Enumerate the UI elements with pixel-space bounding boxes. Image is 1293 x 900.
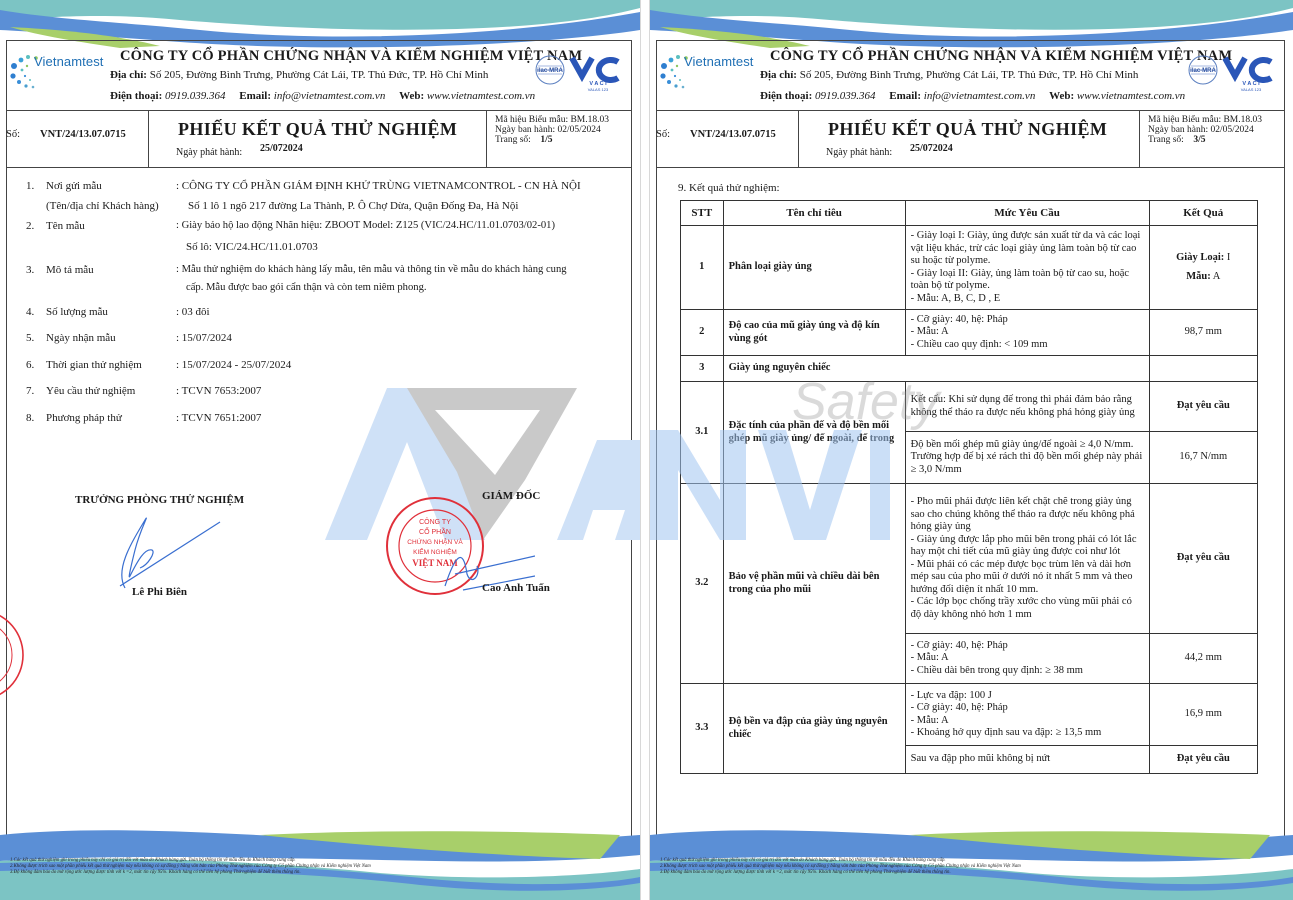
req-line: - Pho mũi phải được liên kết chặt chẽ tr… xyxy=(911,496,1144,534)
email-label: Email: xyxy=(889,90,921,102)
result-value: A xyxy=(1211,271,1221,282)
phone-value: 0919.039.364 xyxy=(815,90,876,102)
info-num: 4. xyxy=(26,306,44,318)
row-result xyxy=(1149,356,1257,382)
info-num: 6. xyxy=(26,359,44,371)
row-result: 16,9 mm xyxy=(1149,684,1257,746)
row-stt: 3.1 xyxy=(681,382,724,484)
col-name: Tên chỉ tiêu xyxy=(723,201,905,226)
info-value: cấp. Mẫu được bao gói cẩn thận và còn te… xyxy=(186,282,427,293)
info-value: : Mẫu thử nghiệm do khách hàng lấy mẫu, … xyxy=(176,264,567,275)
report-number: VNT/24/13.07.0715 xyxy=(40,129,126,140)
row-stt: 3.2 xyxy=(681,484,724,684)
info-value: : 15/07/2024 xyxy=(176,332,232,344)
row-result: Giày Loại: I Mẫu: A xyxy=(1149,226,1257,310)
row-requirement: - Lực va đập: 100 J - Cỡ giày: 40, hệ: P… xyxy=(905,684,1149,746)
row-result: Đạt yêu cầu xyxy=(1149,484,1257,634)
form-meta-box: Mã hiệu Biểu mẫu: BM.18.03 Ngày ban hành… xyxy=(1139,111,1285,167)
logo-text: Vietnamtest xyxy=(34,54,104,69)
web-value: www.vietnamtest.com.vn xyxy=(1077,90,1185,102)
issue-date-label: Ngày phát hành: xyxy=(176,147,242,158)
form-code: Mã hiệu Biểu mẫu: BM.18.03 xyxy=(1148,115,1285,125)
req-line: - Chiều cao quy định: < 109 mm xyxy=(911,339,1144,352)
company-contacts: Điện thoại: 0919.039.364 Email: info@vie… xyxy=(110,90,535,102)
page-number-label: Trang số: xyxy=(1148,135,1184,145)
report-number-box: Số: VNT/24/13.07.0715 xyxy=(6,111,149,167)
report-number: VNT/24/13.07.0715 xyxy=(690,129,776,140)
info-value: : Giày bảo hộ lao động Nhãn hiệu: ZBOOT … xyxy=(176,220,555,231)
info-num: 2. xyxy=(26,220,44,232)
report-title-row: Số: VNT/24/13.07.0715 PHIẾU KẾT QUẢ THỬ … xyxy=(656,110,1285,168)
info-label: (Tên/địa chỉ Khách hàng) xyxy=(46,200,159,212)
table-header-row: STT Tên chỉ tiêu Mức Yêu Cầu Kết Quả xyxy=(681,201,1258,226)
row-requirement: Độ bền mối ghép mũ giày ủng/đế ngoài ≥ 4… xyxy=(905,432,1149,484)
web-value: www.vietnamtest.com.vn xyxy=(427,90,535,102)
req-line: - Khoảng hở quy định sau va đập: ≥ 13,5 … xyxy=(911,727,1144,740)
report-page-3: Vietnamtest CÔNG TY CỔ PHẦN CHỨNG NHẬN V… xyxy=(650,0,1293,900)
info-num: 3. xyxy=(26,264,44,276)
info-label: Yêu cầu thử nghiệm xyxy=(46,385,135,397)
req-line: - Mẫu: A xyxy=(911,326,1144,339)
row-requirement: - Cỡ giày: 40, hệ: Pháp - Mẫu: A - Chiều… xyxy=(905,634,1149,684)
info-value: : 15/07/2024 - 25/07/2024 xyxy=(176,359,291,371)
accreditation-logo-icon: ilac-MRA V A C I VALAS 123 xyxy=(532,52,624,92)
row-stt: 2 xyxy=(681,310,724,356)
info-value: Số 1 lô 1 ngõ 217 đường La Thành, P. Ô C… xyxy=(188,200,518,212)
req-line: - Giày loại I: Giày, ủng được sản xuất t… xyxy=(911,230,1144,268)
row-stt: 3 xyxy=(681,356,724,382)
accreditation-logo-icon: ilac-MRA V A C I VALAS 123 xyxy=(1185,52,1277,92)
company-contacts: Điện thoại: 0919.039.364 Email: info@vie… xyxy=(760,90,1185,102)
report-page-1: Vietnamtest CÔNG TY CỔ PHẦN CHỨNG NHẬN V… xyxy=(0,0,640,900)
company-name: CÔNG TY CỔ PHẦN CHỨNG NHẬN VÀ KIỂM NGHIỆ… xyxy=(120,48,582,65)
row-name: Giày ủng nguyên chiếc xyxy=(723,356,1149,382)
svg-text:ilac-MRA: ilac-MRA xyxy=(1190,68,1216,74)
director-title: GIÁM ĐỐC xyxy=(482,490,540,502)
form-date: Ngày ban hành: 02/05/2024 xyxy=(1148,125,1285,135)
form-meta-box: Mã hiệu Biểu mẫu: BM.18.03 Ngày ban hành… xyxy=(486,111,632,167)
info-label: Ngày nhận mẫu xyxy=(46,332,116,344)
info-value: : 03 đôi xyxy=(176,306,210,318)
company-name: CÔNG TY CỔ PHẦN CHỨNG NHẬN VÀ KIỂM NGHIỆ… xyxy=(770,48,1232,65)
phone-value: 0919.039.364 xyxy=(165,90,226,102)
col-stt: STT xyxy=(681,201,724,226)
req-line: - Mẫu: A xyxy=(911,715,1144,728)
email-label: Email: xyxy=(239,90,271,102)
company-address: Địa chỉ: Số 205, Đường Bình Trưng, Phườn… xyxy=(760,69,1138,81)
email-value: info@vietnamtest.com.vn xyxy=(924,90,1036,102)
results-table: STT Tên chỉ tiêu Mức Yêu Cầu Kết Quả 1 P… xyxy=(680,200,1258,774)
info-label: Tên mẫu xyxy=(46,220,85,232)
info-label: Nơi gửi mẫu xyxy=(46,180,102,192)
row-result: Đạt yêu cầu xyxy=(1149,382,1257,432)
info-value: : TCVN 7653:2007 xyxy=(176,385,261,397)
row-requirement: - Cỡ giày: 40, hệ: Pháp - Mẫu: A - Chiều… xyxy=(905,310,1149,356)
footer-note-3: 3.Độ không đảm bảo đo mở rộng ước lượng … xyxy=(10,870,371,876)
info-num: 1. xyxy=(26,180,44,192)
company-address: Địa chỉ: Số 205, Đường Bình Trưng, Phườn… xyxy=(110,69,488,81)
logo-text: Vietnamtest xyxy=(684,54,754,69)
row-name: Đặc tính của phần đế và độ bền mối ghép … xyxy=(723,382,905,484)
phone-label: Điện thoại: xyxy=(110,90,162,102)
address-value: Số 205, Đường Bình Trưng, Phường Cát Lái… xyxy=(800,69,1139,81)
report-number-label: Số: xyxy=(6,129,20,140)
req-line: - Cỡ giày: 40, hệ: Pháp xyxy=(911,640,1144,653)
row-name: Độ bền va đập của giày ủng nguyên chiếc xyxy=(723,684,905,774)
table-row: 2 Độ cao của mũ giày ủng và độ kín vùng … xyxy=(681,310,1258,356)
page-divider xyxy=(640,0,650,900)
form-date: Ngày ban hành: 02/05/2024 xyxy=(495,125,632,135)
issue-date: 25/072024 xyxy=(910,143,953,154)
table-row: 3.2 Bảo vệ phần mũi và chiều dài bên tro… xyxy=(681,484,1258,634)
req-line: - Mẫu: A xyxy=(911,652,1144,665)
info-label: Mô tả mẫu xyxy=(46,264,94,276)
result-label: Giày Loại: xyxy=(1176,252,1224,263)
page-number-value: 3/5 xyxy=(1193,135,1205,145)
col-result: Kết Quả xyxy=(1149,201,1257,226)
info-value: : CÔNG TY CỔ PHẦN GIÁM ĐỊNH KHỬ TRÙNG VI… xyxy=(176,180,581,192)
web-label: Web: xyxy=(399,90,424,102)
table-row: 1 Phân loại giày ủng - Giày loại I: Giày… xyxy=(681,226,1258,310)
row-requirement: - Pho mũi phải được liên kết chặt chẽ tr… xyxy=(905,484,1149,634)
row-requirement: Sau va đập pho mũi không bị nứt xyxy=(905,746,1149,774)
address-label: Địa chỉ: xyxy=(110,69,147,81)
col-requirement: Mức Yêu Cầu xyxy=(905,201,1149,226)
table-row: 3.1 Đặc tính của phần đế và độ bền mối g… xyxy=(681,382,1258,432)
page-number-value: 1/5 xyxy=(540,135,552,145)
row-name: Độ cao của mũ giày ủng và độ kín vùng gó… xyxy=(723,310,905,356)
report-number-box: Số: VNT/24/13.07.0715 xyxy=(656,111,799,167)
req-line: - Mẫu: A, B, C, D , E xyxy=(911,293,1144,306)
email-value: info@vietnamtest.com.vn xyxy=(274,90,386,102)
form-code: Mã hiệu Biểu mẫu: BM.18.03 xyxy=(495,115,632,125)
req-line: - Chiều dài bên trong quy định: ≥ 38 mm xyxy=(911,665,1144,678)
info-num: 8. xyxy=(26,412,44,424)
info-label: Số lượng mẫu xyxy=(46,306,108,318)
lab-head-name: Lê Phi Biên xyxy=(132,586,187,598)
info-num: 7. xyxy=(26,385,44,397)
row-result: 16,7 N/mm xyxy=(1149,432,1257,484)
info-value: : TCVN 7651:2007 xyxy=(176,412,261,424)
report-title-row: Số: VNT/24/13.07.0715 PHIẾU KẾT QUẢ THỬ … xyxy=(6,110,632,168)
report-title: PHIẾU KẾT QUẢ THỬ NGHIỆM xyxy=(178,119,457,140)
company-header: Vietnamtest CÔNG TY CỔ PHẦN CHỨNG NHẬN V… xyxy=(6,40,632,108)
row-result: 44,2 mm xyxy=(1149,634,1257,684)
result-label: Mẫu: xyxy=(1186,271,1211,282)
report-title: PHIẾU KẾT QUẢ THỬ NGHIỆM xyxy=(828,119,1107,140)
svg-text:VALAS 123: VALAS 123 xyxy=(1241,87,1262,92)
info-label: Thời gian thử nghiệm xyxy=(46,359,142,371)
company-header: Vietnamtest CÔNG TY CỔ PHẦN CHỨNG NHẬN V… xyxy=(656,40,1285,108)
page-number: Trang số: 1/5 xyxy=(495,135,632,145)
row-requirement: - Giày loại I: Giày, ủng được sản xuất t… xyxy=(905,226,1149,310)
table-row: 3.3 Độ bền va đập của giày ủng nguyên ch… xyxy=(681,684,1258,746)
footer-notes: 1.Các kết quả thử nghiệm ghi trong phiếu… xyxy=(10,858,371,876)
issue-date-label: Ngày phát hành: xyxy=(826,147,892,158)
svg-text:ilac-MRA: ilac-MRA xyxy=(537,68,563,74)
req-line: - Cỡ giày: 40, hệ: Pháp xyxy=(911,314,1144,327)
page-number: Trang số: 3/5 xyxy=(1148,135,1285,145)
issue-date: 25/072024 xyxy=(260,143,303,154)
row-stt: 1 xyxy=(681,226,724,310)
info-num: 5. xyxy=(26,332,44,344)
row-name: Bảo vệ phần mũi và chiều dài bên trong c… xyxy=(723,484,905,684)
phone-label: Điện thoại: xyxy=(760,90,812,102)
results-heading: 9. Kết quả thử nghiệm: xyxy=(678,182,780,194)
page-number-label: Trang số: xyxy=(495,135,531,145)
footer-notes: 1.Các kết quả thử nghiệm ghi trong phiếu… xyxy=(660,858,1021,876)
report-number-label: Số: xyxy=(656,129,670,140)
req-line: - Giày ủng được lắp pho mũi bên trong ph… xyxy=(911,534,1144,559)
row-stt: 3.3 xyxy=(681,684,724,774)
web-label: Web: xyxy=(1049,90,1074,102)
lab-head-title: TRƯỞNG PHÒNG THỬ NGHIỆM xyxy=(75,494,244,506)
info-label: Phương pháp thử xyxy=(46,412,122,424)
director-name: Cao Anh Tuấn xyxy=(482,582,550,594)
row-requirement: Kết cấu: Khi sử dụng đế trong thì phải đ… xyxy=(905,382,1149,432)
footer-note-3: 3.Độ không đảm bảo đo mở rộng ước lượng … xyxy=(660,870,1021,876)
req-line: - Các lớp bọc chống trầy xước cho vùng m… xyxy=(911,596,1144,621)
address-label: Địa chỉ: xyxy=(760,69,797,81)
req-line: - Mũi phải có các mép được bọc trùm lên … xyxy=(911,559,1144,597)
svg-text:VALAS 123: VALAS 123 xyxy=(588,87,609,92)
row-result: Đạt yêu cầu xyxy=(1149,746,1257,774)
info-value: Số lô: VIC/24.HC/11.01.0703 xyxy=(186,241,318,253)
req-line: - Lực va đập: 100 J xyxy=(911,690,1144,703)
result-value: I xyxy=(1224,252,1230,263)
table-row: 3 Giày ủng nguyên chiếc xyxy=(681,356,1258,382)
row-name: Phân loại giày ủng xyxy=(723,226,905,310)
address-value: Số 205, Đường Bình Trưng, Phường Cát Lái… xyxy=(150,69,489,81)
req-line: - Cỡ giày: 40, hệ: Pháp xyxy=(911,702,1144,715)
row-result: 98,7 mm xyxy=(1149,310,1257,356)
req-line: - Giày loại II: Giày, ủng làm toàn bộ từ… xyxy=(911,268,1144,293)
